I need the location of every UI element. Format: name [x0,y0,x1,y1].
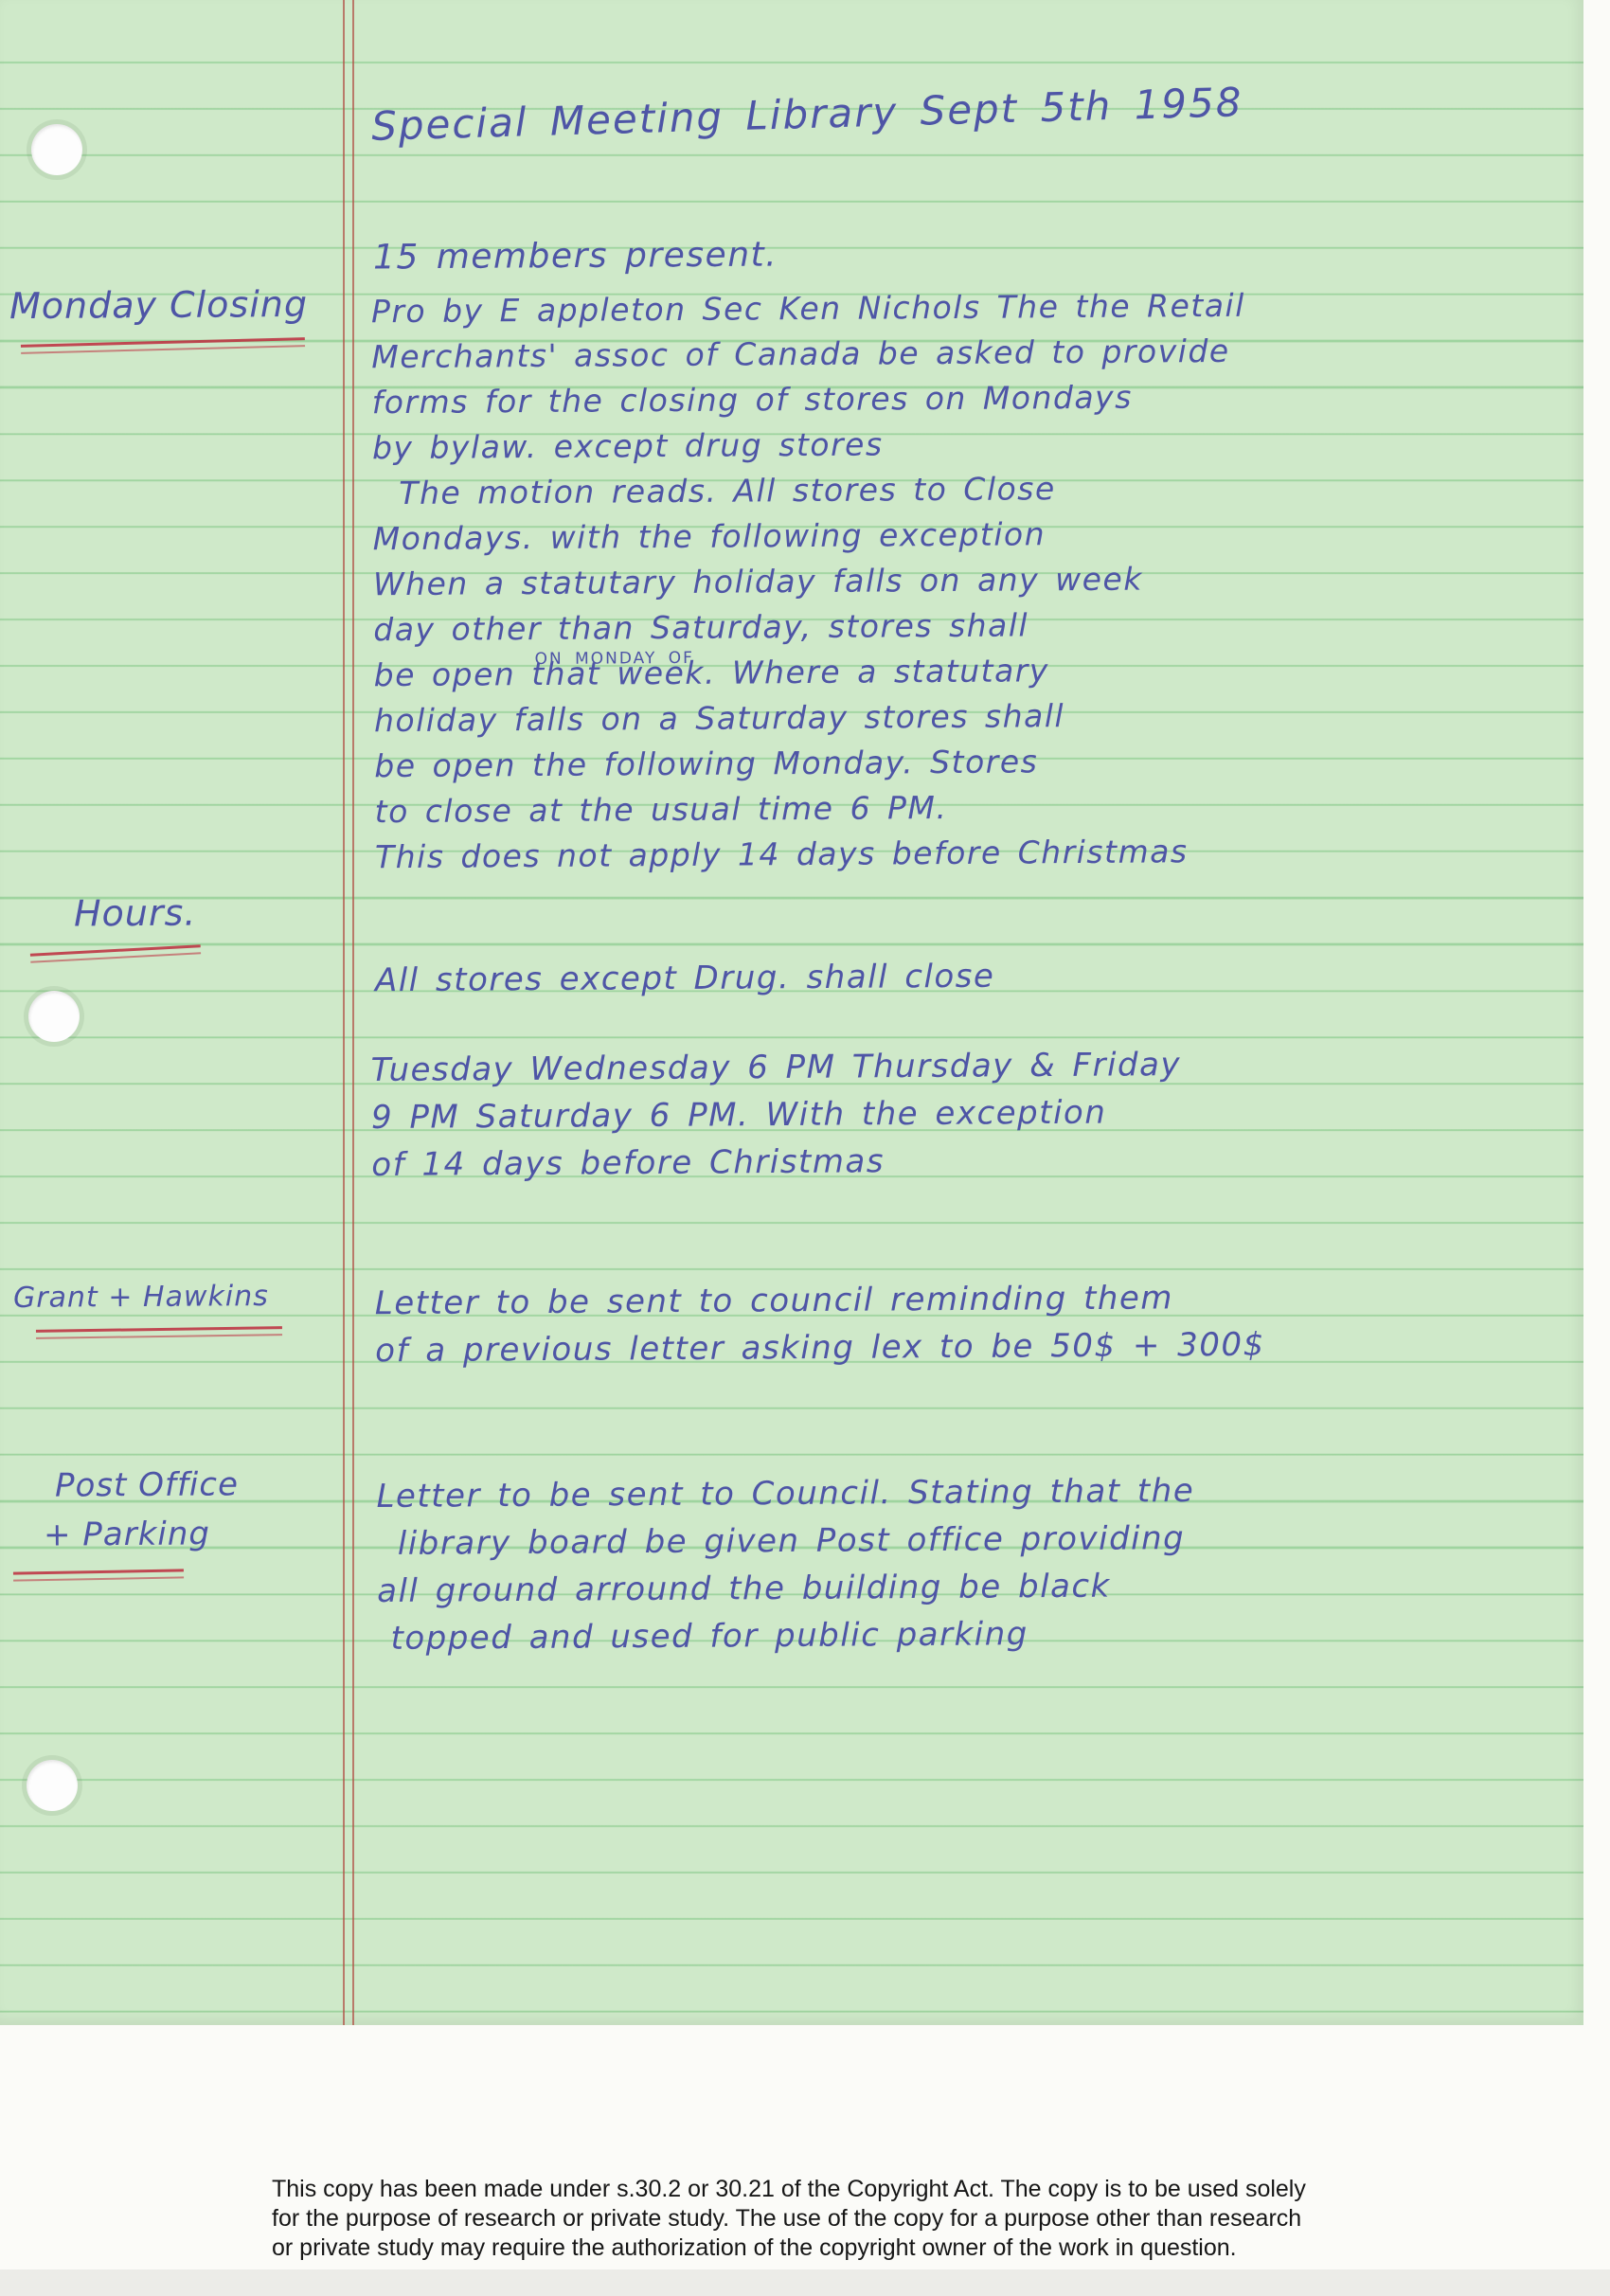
margin-heading-monday-closing: Monday Closing [9,283,308,327]
post-office-paragraph: Letter to be sent to Council. Stating th… [376,1467,1195,1662]
scan-bottom-edge [0,2269,1610,2296]
handwritten-line: 9 PM Saturday 6 PM. With the exception [371,1088,1182,1141]
handwritten-line: When a statutary holiday falls on any we… [373,556,1247,607]
margin-rule-left [343,0,345,2025]
handwritten-line: of 14 days before Christmas [371,1136,1182,1189]
handwritten-line: by bylaw. except drug stores [372,420,1246,471]
handwritten-line: day other than Saturday, stores shall [373,601,1247,653]
handwritten-line: Pro by E appleton Sec Ken Nichols The th… [371,283,1245,334]
handwritten-line: of a previous letter asking lex to be 50… [375,1321,1265,1375]
hole-punch-middle [28,991,80,1042]
interline-caps-note: ON MONDAY OF [534,636,694,682]
margin-heading-hours: Hours. [74,892,197,935]
hole-punch-top [31,124,82,175]
copyright-notice: This copy has been made under s.30.2 or … [272,2175,1306,2263]
handwritten-line: ON MONDAY OF be open that week. Where a … [374,647,1248,698]
grant-hawkins-paragraph: Letter to be sent to council reminding t… [375,1274,1265,1375]
handwritten-line: Merchants' assoc of Canada be asked to p… [371,329,1245,380]
handwritten-line: be open the following Monday. Stores [374,738,1248,789]
handwritten-line: Mondays. with the following exception [373,511,1247,562]
handwritten-line: The motion reads. All stores to Close [372,465,1246,516]
handwritten-line: library board be given Post office provi… [377,1515,1195,1568]
copyright-line: This copy has been made under s.30.2 or … [272,2175,1306,2204]
handwritten-line: holiday falls on a Saturday stores shall [374,692,1248,744]
handwritten-line: all ground arround the building be black [377,1562,1195,1615]
handwritten-line: Letter to be sent to council reminding t… [375,1274,1265,1328]
attendance-line: 15 members present. [373,236,778,278]
handwritten-line: topped and used for public parking [377,1609,1195,1662]
copyright-line: for the purpose of research or private s… [272,2204,1306,2233]
margin-heading-post-office: Post Office [55,1465,239,1504]
handwritten-line: forms for the closing of stores on Monda… [372,374,1246,425]
handwritten-line: This does not apply 14 days before Chris… [375,829,1249,880]
hole-punch-bottom [27,1760,78,1811]
hours-paragraph: Tuesday Wednesday 6 PM Thursday & Friday… [370,1041,1181,1189]
margin-heading-grant-hawkins: Grant + Hawkins [13,1280,269,1315]
margin-heading-parking: + Parking [44,1515,210,1553]
handwritten-line: Tuesday Wednesday 6 PM Thursday & Friday [370,1041,1181,1094]
copyright-line: or private study may require the authori… [272,2233,1306,2263]
handwritten-line: to close at the usual time 6 PM. [375,783,1249,834]
scanned-page: Special Meeting Library Sept 5th 1958 15… [0,0,1610,2296]
margin-rule-right [352,0,354,2025]
hours-intro-line: All stores except Drug. shall close [375,953,995,1005]
handwritten-line: Letter to be sent to Council. Stating th… [376,1467,1194,1520]
monday-closing-paragraph: Pro by E appleton Sec Ken Nichols The th… [371,283,1249,880]
